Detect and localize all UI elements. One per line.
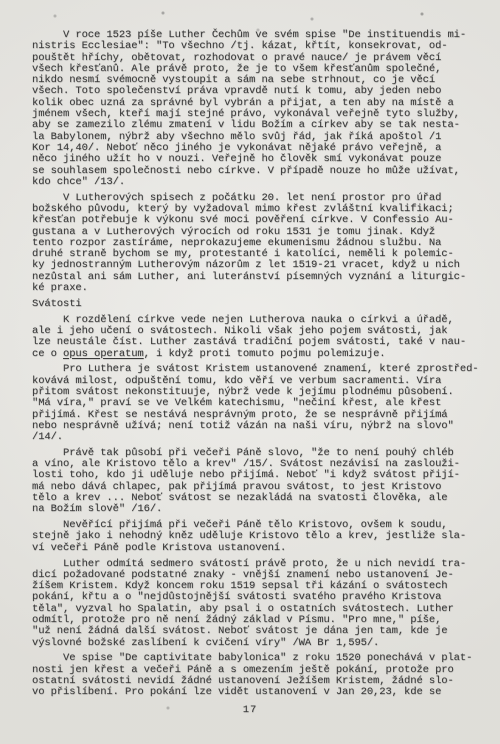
paragraph-rozdeleni-cirkve: K rozdělení církve vede nejen Lutherova … <box>32 315 494 360</box>
section-heading-svatosti: Svátosti <box>32 299 494 310</box>
paragraph-de-instituendis: V roce 1523 píše Luther Čechům ve svém s… <box>32 30 494 188</box>
paragraph-sedmero-svatosti: Luther odmítá sedmero svátostí právě pro… <box>32 559 494 649</box>
text-column: V roce 1523 píše Luther Čechům ve svém s… <box>32 30 494 703</box>
paragraph-svatost-znameni: Pro Luthera je svátost Kristem ustanoven… <box>32 364 494 443</box>
paragraph-neverici-prijima: Nevěřící přijímá při večeři Páně tělo Kr… <box>32 520 494 554</box>
page-number: 17 <box>0 704 500 716</box>
paragraph-de-captivitate: Ve spise "De captivitate babylonica" z r… <box>32 653 494 698</box>
paragraph-luther-spisy-20-let: V Lutherových spisech z počátku 20. let … <box>32 193 494 295</box>
document-page: V roce 1523 píše Luther Čechům ve svém s… <box>0 0 500 744</box>
paragraph-veceri-pane-slovo: Právě tak působí při večeři Páně slovo, … <box>32 448 494 516</box>
